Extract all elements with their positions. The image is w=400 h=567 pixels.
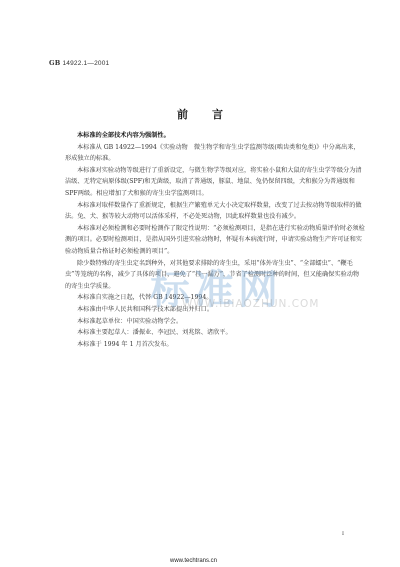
paragraph-grade-changes: 本标准对实验动物等级进行了重新设定，与微生物学等级对应，将实验小鼠和大鼠的寄生虫… bbox=[65, 165, 365, 200]
paragraph-drafting-unit: 本标准起草单位：中国实验动物学会。 bbox=[65, 316, 365, 328]
watermark-url: WWW.iBIAOZHUN.COM bbox=[182, 298, 319, 310]
footer-url: www.techtrans.cn bbox=[170, 558, 217, 564]
standard-code: GB 14922.1—2001 bbox=[49, 59, 109, 67]
paragraph-first-issued: 本标准于 1994 年 1 月首次发布。 bbox=[65, 339, 365, 351]
standard-number: 14922.1—2001 bbox=[62, 60, 109, 67]
page-number: I bbox=[342, 531, 344, 537]
page-title: 前言 bbox=[0, 106, 400, 122]
document-body: 本标准的全部技术内容为强制性。 本标准从 GB 14922—1994《实验动物 … bbox=[65, 130, 365, 350]
paragraph-testing-definitions: 本标准对必须检测和必要时检测作了限定性说明：“必须检测项目，是指在进行实验动物质… bbox=[65, 223, 365, 258]
paragraph-drafters: 本标准主要起草人：潘振业、李冠民、刘兆铭、诸欣平。 bbox=[65, 327, 365, 339]
paragraph-sampling: 本标准对取样数量作了重新规定，根据生产繁殖单元大小决定取样数量，改变了过去按动物… bbox=[65, 200, 365, 223]
paragraph-mandatory-notice: 本标准的全部技术内容为强制性。 bbox=[65, 130, 365, 142]
standard-prefix: GB bbox=[49, 59, 60, 67]
paragraph-origin: 本标准从 GB 14922—1994《实验动物 微生物学和寄生虫学监测等级(啮齿… bbox=[65, 142, 365, 165]
